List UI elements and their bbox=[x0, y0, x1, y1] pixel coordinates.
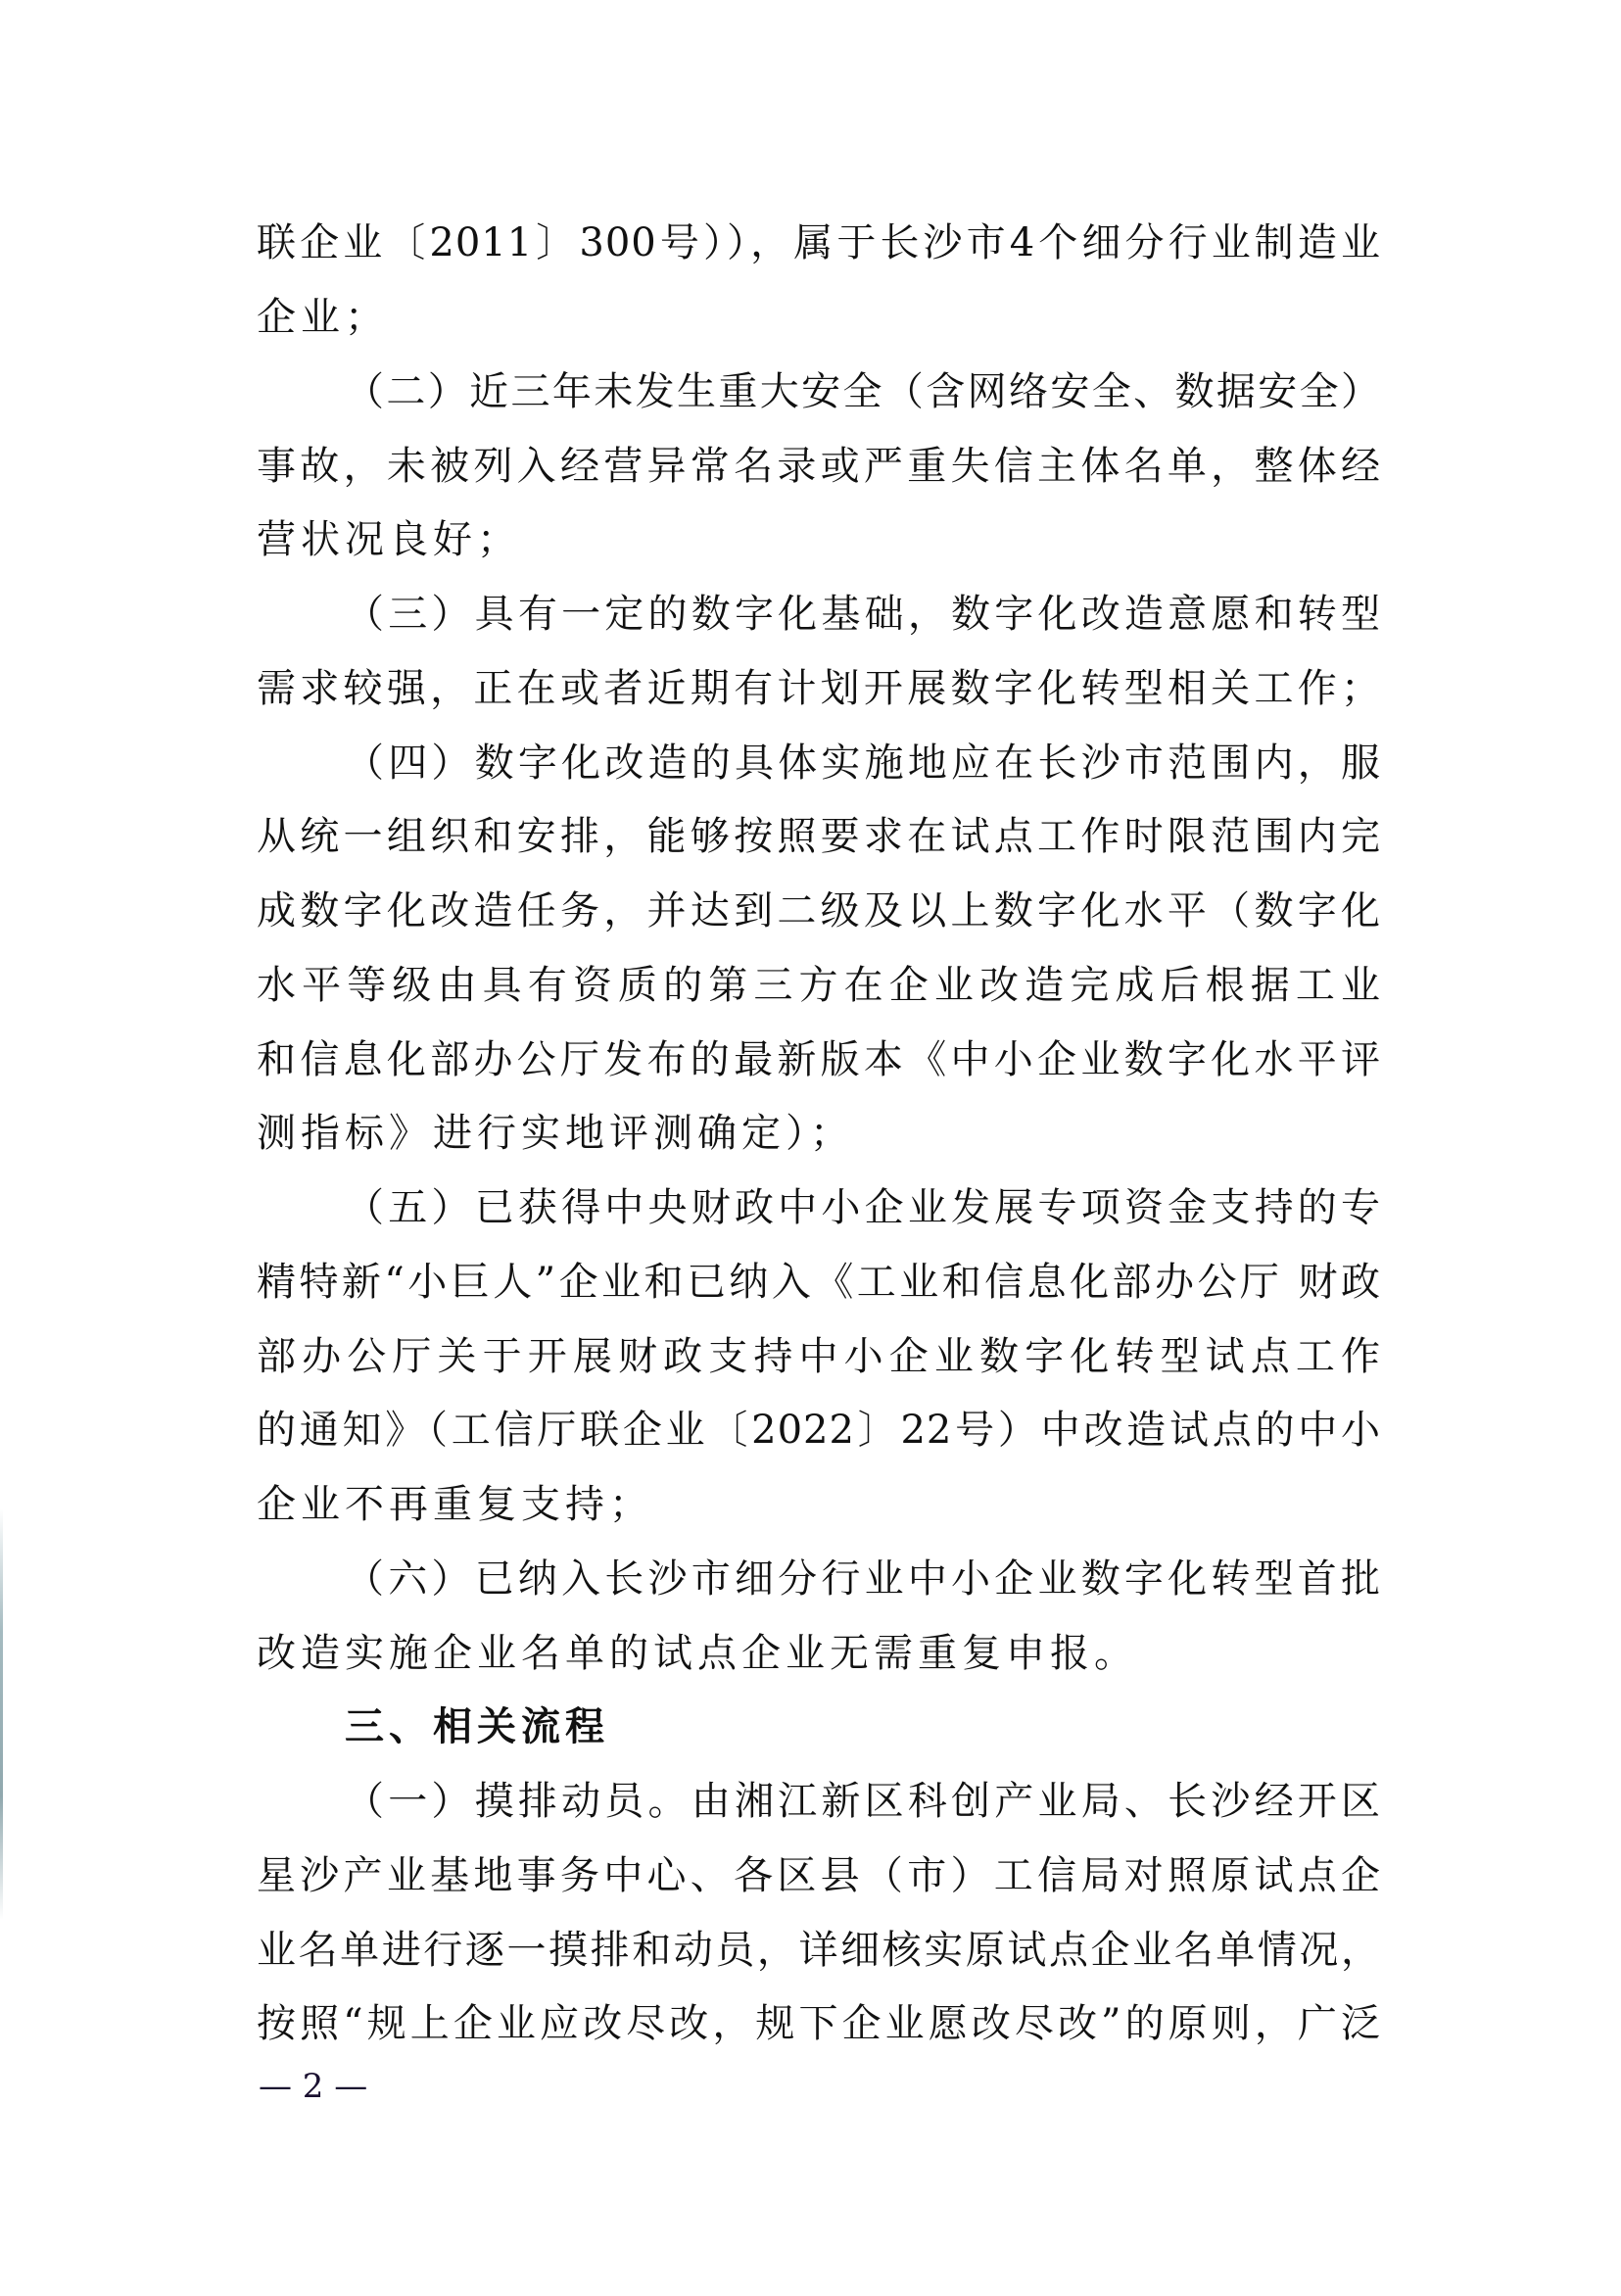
criterion-4-line-1: （四）数字化改造的具体实施地应在长沙市范围内，服 bbox=[345, 734, 1381, 792]
page-number: — 2 — bbox=[259, 2067, 367, 2106]
criterion-6-line-2: 改造实施企业名单的试点企业无需重复申报。 bbox=[257, 1624, 1381, 1683]
criterion-3-line-1: （三）具有一定的数字化基础，数字化改造意愿和转型 bbox=[345, 585, 1381, 644]
criterion-4-line-2: 从统一组织和安排，能够按照要求在试点工作时限范围内完 bbox=[257, 807, 1381, 866]
criterion-4-line-4: 水平等级由具有资质的第三方在企业改造完成后根据工业 bbox=[257, 956, 1381, 1015]
scan-edge-artifact bbox=[0, 1508, 3, 1920]
criterion-5-line-1: （五）已获得中央财政中小企业发展专项资金支持的专 bbox=[345, 1178, 1381, 1237]
criterion-2-line-2: 事故，未被列入经营异常名录或严重失信主体名单，整体经 bbox=[257, 437, 1381, 496]
criterion-3-line-2: 需求较强，正在或者近期有计划开展数字化转型相关工作； bbox=[257, 659, 1381, 718]
criterion-6-line-1: （六）已纳入长沙市细分行业中小企业数字化转型首批 bbox=[345, 1550, 1381, 1608]
criterion-5-line-2: 精特新“小巨人”企业和已纳入《工业和信息化部办公厅 财政 bbox=[257, 1253, 1381, 1312]
paragraph-line-1: 联企业〔2011〕300号）），属于长沙市4个细分行业制造业 bbox=[257, 214, 1381, 272]
process-1-line-2: 星沙产业基地事务中心、各区县（市）工信局对照原试点企 bbox=[257, 1846, 1381, 1905]
criterion-5-line-5: 企业不再重复支持； bbox=[257, 1475, 1381, 1534]
process-1-line-3: 业名单进行逐一摸排和动员，详细核实原试点企业名单情况， bbox=[257, 1921, 1381, 1980]
criterion-5-line-4: 的通知》（工信厅联企业〔2022〕22号）中改造试点的中小 bbox=[257, 1401, 1381, 1459]
process-1-line-1: （一）摸排动员。由湘江新区科创产业局、长沙经开区 bbox=[345, 1772, 1381, 1831]
document-page: 联企业〔2011〕300号）），属于长沙市4个细分行业制造业 企业； （二）近三… bbox=[0, 0, 1621, 2296]
criterion-4-line-3: 成数字化改造任务，并达到二级及以上数字化水平（数字化 bbox=[257, 882, 1381, 940]
criterion-4-line-5: 和信息化部办公厅发布的最新版本《中小企业数字化水平评 bbox=[257, 1030, 1381, 1089]
criterion-4-line-6: 测指标》进行实地评测确定）； bbox=[257, 1104, 1381, 1163]
criterion-2-line-3: 营状况良好； bbox=[257, 510, 1381, 569]
criterion-5-line-3: 部办公厅关于开展财政支持中小企业数字化转型试点工作 bbox=[257, 1327, 1381, 1386]
section-heading: 三、相关流程 bbox=[345, 1698, 737, 1756]
criterion-2-line-1: （二）近三年未发生重大安全（含网络安全、数据安全） bbox=[345, 362, 1381, 421]
process-1-line-4: 按照“规上企业应改尽改，规下企业愿改尽改”的原则，广泛 bbox=[257, 1994, 1381, 2053]
paragraph-line-2: 企业； bbox=[257, 288, 1381, 347]
